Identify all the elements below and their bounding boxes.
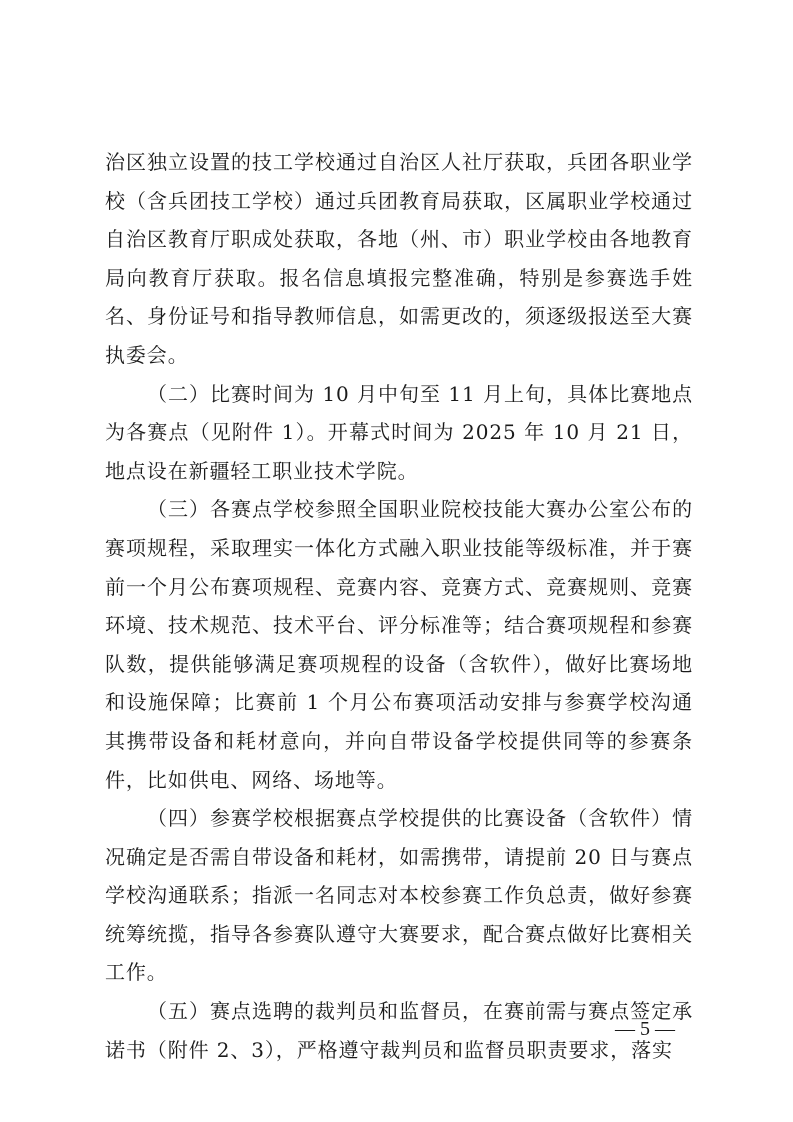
page-number: — 5 —	[600, 1018, 690, 1041]
paragraph-4-participating-schools: （四）参赛学校根据赛点学校提供的比赛设备（含软件）情况确定是否需自带设备和耗材，…	[105, 799, 693, 992]
document-page-body: 治区独立设置的技工学校通过自治区人社厅获取，兵团各职业学校（含兵团技工学校）通过…	[105, 143, 693, 1069]
paragraph-2-competition-time: （二）比赛时间为 10 月中旬至 11 月上旬，具体比赛地点为各赛点（见附件 1…	[105, 375, 693, 491]
paragraph-registration-info: 治区独立设置的技工学校通过自治区人社厅获取，兵团各职业学校（含兵团技工学校）通过…	[105, 143, 693, 375]
paragraph-3-venue-schools: （三）各赛点学校参照全国职业院校技能大赛办公室公布的赛项规程，采取理实一体化方式…	[105, 490, 693, 799]
